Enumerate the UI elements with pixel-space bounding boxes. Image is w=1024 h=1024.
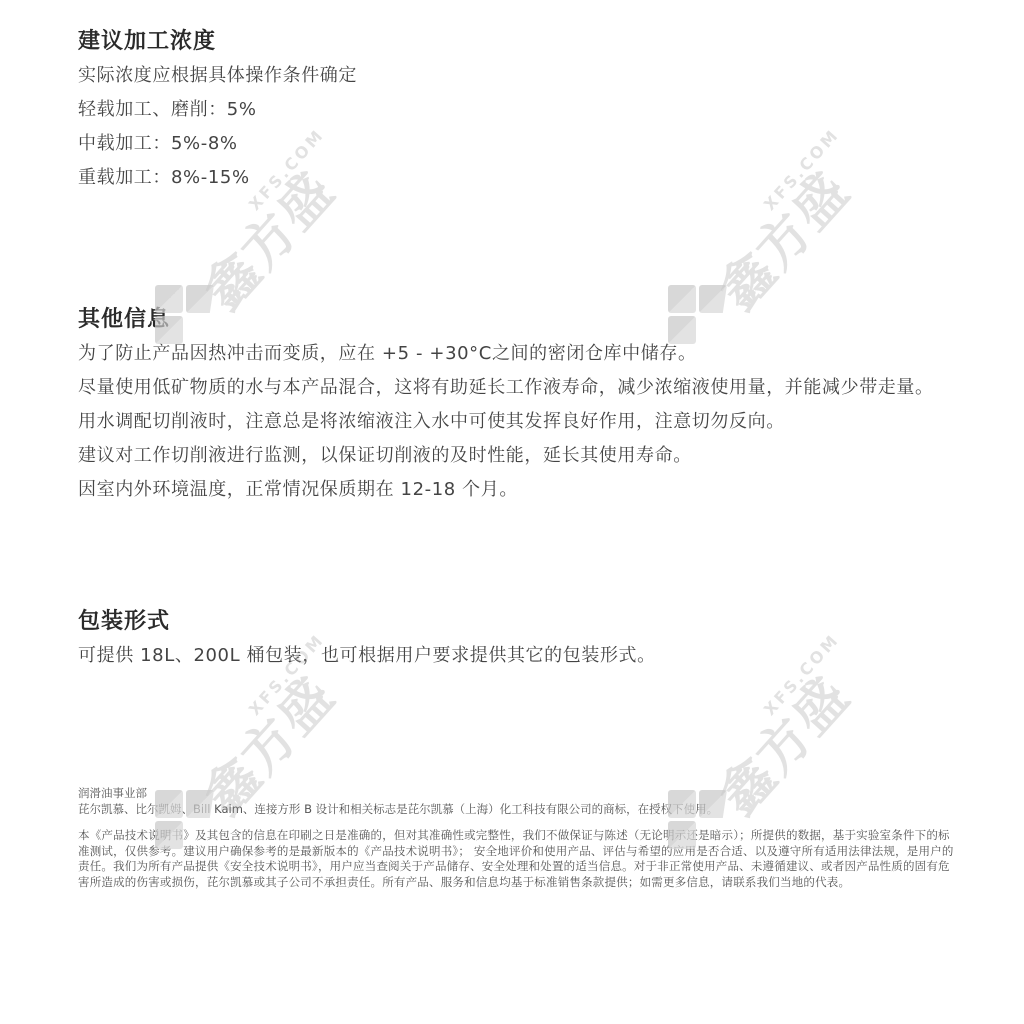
watermark-logo-icon [668,285,728,347]
section-title: 建议加工浓度 [78,28,968,56]
text-line: 尽量使用低矿物质的水与本产品混合，这将有助延长工作液寿命，减少浓缩液使用量，并能… [78,376,968,400]
document-page: 建议加工浓度 实际浓度应根据具体操作条件确定 轻载加工、磨削：5% 中载加工：5… [0,0,1024,1024]
text-line: 因室内外环境温度，正常情况保质期在 12-18 个月。 [78,478,968,502]
text-line: 重载加工：8%-15% [78,166,968,190]
text-line: 建议对工作切削液进行监测，以保证切削液的及时性能，延长其使用寿命。 [78,444,968,468]
section-body: 可提供 18L、200L 桶包装，也可根据用户要求提供其它的包装形式。 [78,644,968,668]
watermark-logo-icon [155,285,215,347]
text-line: 中载加工：5%-8% [78,132,968,156]
text-line: 轻载加工、磨削：5% [78,98,968,122]
section-packaging: 包装形式 可提供 18L、200L 桶包装，也可根据用户要求提供其它的包装形式。 [78,608,968,678]
text-line: 可提供 18L、200L 桶包装，也可根据用户要求提供其它的包装形式。 [78,644,968,668]
text-line: 用水调配切削液时，注意总是将浓缩液注入水中可使其发挥良好作用，注意切勿反向。 [78,410,968,434]
watermark-logo-icon [155,790,215,852]
section-title: 包装形式 [78,608,968,636]
text-line: 实际浓度应根据具体操作条件确定 [78,64,968,88]
section-body: 实际浓度应根据具体操作条件确定 轻载加工、磨削：5% 中载加工：5%-8% 重载… [78,64,968,190]
section-recommended-concentration: 建议加工浓度 实际浓度应根据具体操作条件确定 轻载加工、磨削：5% 中载加工：5… [78,28,968,200]
watermark-logo-icon [668,790,728,852]
section-body: 为了防止产品因热冲击而变质，应在 +5 - +30°C之间的密闭仓库中储存。 尽… [78,342,968,502]
